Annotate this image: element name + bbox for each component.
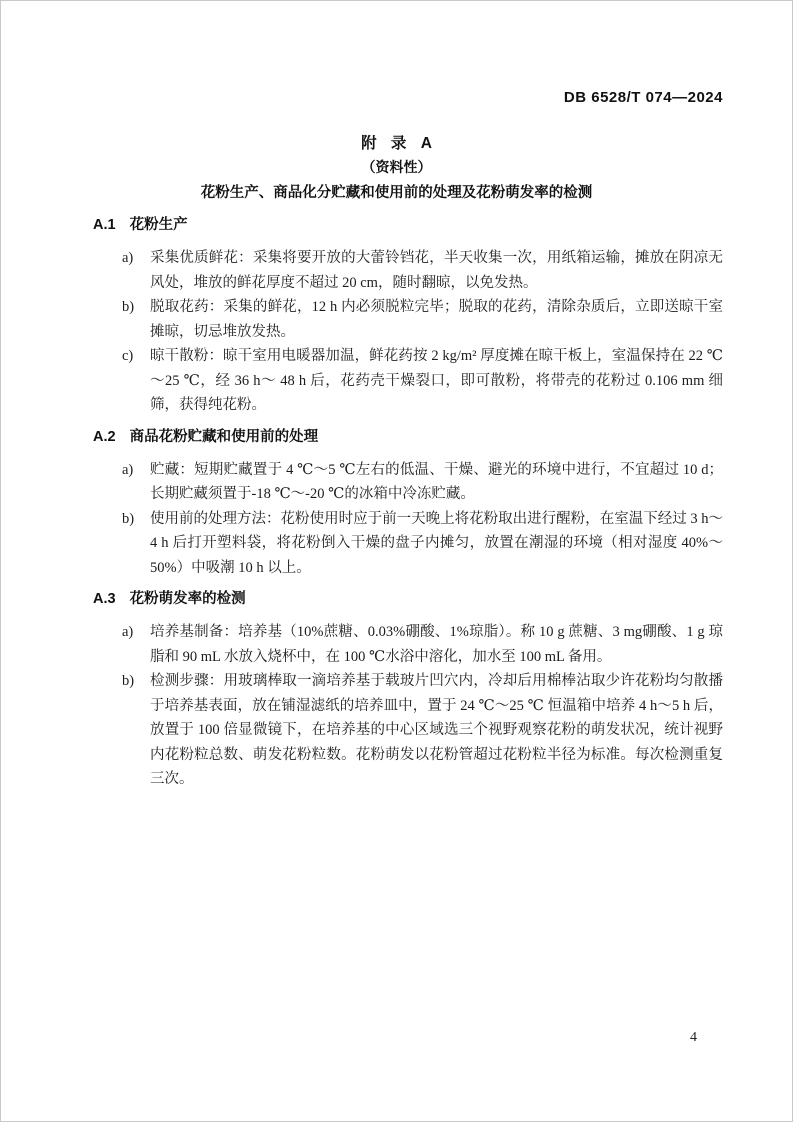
section-title: 花粉萌发率的检测 bbox=[130, 591, 246, 607]
section-number: A.3 bbox=[93, 591, 116, 607]
list-item: c) 晾干散粉：晾干室用电暖器加温，鲜花药按 2 kg/m² 厚度摊在晾干板上，… bbox=[122, 344, 723, 418]
list-item-marker: a) bbox=[122, 458, 150, 483]
list-item-text: 贮藏：短期贮藏置于 4 ℃～5 ℃左右的低温、干燥、避光的环境中进行，不宜超过 … bbox=[150, 458, 723, 507]
list-item-text: 脱取花药：采集的鲜花，12 h 内必须脱粒完毕；脱取的花药，清除杂质后，立即送晾… bbox=[150, 295, 723, 344]
section-title: 商品花粉贮藏和使用前的处理 bbox=[130, 429, 319, 445]
list-item-text: 采集优质鲜花：采集将要开放的大蕾铃铛花，半天收集一次，用纸箱运输，摊放在阴凉无风… bbox=[150, 246, 723, 295]
standard-code: DB 6528/T 074—2024 bbox=[564, 89, 723, 106]
appendix-type-note: （资料性） bbox=[0, 157, 793, 177]
section-a2: A.2商品花粉贮藏和使用前的处理 a) 贮藏：短期贮藏置于 4 ℃～5 ℃左右的… bbox=[93, 425, 723, 581]
document-page: DB 6528/T 074—2024 附 录 A （资料性） 花粉生产、商品化分… bbox=[0, 0, 793, 1122]
section-number: A.1 bbox=[93, 217, 116, 233]
item-list: a) 贮藏：短期贮藏置于 4 ℃～5 ℃左右的低温、干燥、避光的环境中进行，不宜… bbox=[93, 458, 723, 581]
list-item: a) 培养基制备：培养基（10%蔗糖、0.03%硼酸、1%琼脂）。称 10 g … bbox=[122, 620, 723, 669]
list-item: a) 贮藏：短期贮藏置于 4 ℃～5 ℃左右的低温、干燥、避光的环境中进行，不宜… bbox=[122, 458, 723, 507]
list-item-marker: b) bbox=[122, 295, 150, 320]
list-item-text: 培养基制备：培养基（10%蔗糖、0.03%硼酸、1%琼脂）。称 10 g 蔗糖、… bbox=[150, 620, 723, 669]
appendix-title: 附 录 A bbox=[0, 131, 793, 153]
list-item: a) 采集优质鲜花：采集将要开放的大蕾铃铛花，半天收集一次，用纸箱运输，摊放在阴… bbox=[122, 246, 723, 295]
section-heading: A.3花粉萌发率的检测 bbox=[93, 587, 723, 611]
item-list: a) 培养基制备：培养基（10%蔗糖、0.03%硼酸、1%琼脂）。称 10 g … bbox=[93, 620, 723, 792]
appendix-subject-title: 花粉生产、商品化分贮藏和使用前的处理及花粉萌发率的检测 bbox=[0, 181, 793, 202]
list-item-text: 使用前的处理方法：花粉使用时应于前一天晚上将花粉取出进行醒粉，在室温下经过 3 … bbox=[150, 507, 723, 581]
list-item-marker: a) bbox=[122, 246, 150, 271]
section-a3: A.3花粉萌发率的检测 a) 培养基制备：培养基（10%蔗糖、0.03%硼酸、1… bbox=[93, 587, 723, 792]
list-item-marker: a) bbox=[122, 620, 150, 645]
list-item-marker: c) bbox=[122, 344, 150, 369]
list-item: b) 使用前的处理方法：花粉使用时应于前一天晚上将花粉取出进行醒粉，在室温下经过… bbox=[122, 507, 723, 581]
section-heading: A.2商品花粉贮藏和使用前的处理 bbox=[93, 425, 723, 449]
section-title: 花粉生产 bbox=[130, 217, 188, 233]
page-number: 4 bbox=[690, 1030, 697, 1046]
list-item-text: 晾干散粉：晾干室用电暖器加温，鲜花药按 2 kg/m² 厚度摊在晾干板上，室温保… bbox=[150, 344, 723, 418]
list-item-marker: b) bbox=[122, 669, 150, 694]
item-list: a) 采集优质鲜花：采集将要开放的大蕾铃铛花，半天收集一次，用纸箱运输，摊放在阴… bbox=[93, 246, 723, 418]
section-heading: A.1花粉生产 bbox=[93, 213, 723, 237]
list-item-marker: b) bbox=[122, 507, 150, 532]
section-number: A.2 bbox=[93, 429, 116, 445]
list-item: b) 检测步骤：用玻璃棒取一滴培养基于载玻片凹穴内，冷却后用棉棒沾取少许花粉均匀… bbox=[122, 669, 723, 792]
list-item: b) 脱取花药：采集的鲜花，12 h 内必须脱粒完毕；脱取的花药，清除杂质后，立… bbox=[122, 295, 723, 344]
document-body: A.1花粉生产 a) 采集优质鲜花：采集将要开放的大蕾铃铛花，半天收集一次，用纸… bbox=[93, 207, 723, 799]
section-a1: A.1花粉生产 a) 采集优质鲜花：采集将要开放的大蕾铃铛花，半天收集一次，用纸… bbox=[93, 213, 723, 418]
list-item-text: 检测步骤：用玻璃棒取一滴培养基于载玻片凹穴内，冷却后用棉棒沾取少许花粉均匀散播于… bbox=[150, 669, 723, 792]
